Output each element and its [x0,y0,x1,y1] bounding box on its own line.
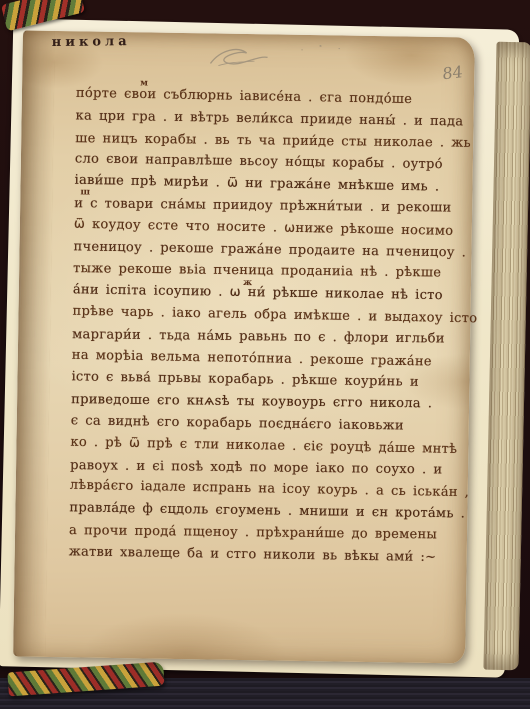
manuscript-line: а прочи прода́ пщеноу . прѣхрани́ше до в… [69,520,471,547]
margin-inscription: никола [52,34,131,50]
pencil-scribble [204,41,290,72]
text-block: по́рте євои съблюрнь іависе́на . єга пон… [69,83,478,569]
manuscript-line: ше ницъ корабы . вь ть ча прии́де сты ни… [75,128,477,155]
pencil-marks: · ˟ · [301,44,347,56]
folio-number: 84 [442,62,463,83]
manuscript-photo: никола · ˟ · 84 м ш ж по́рте євои съблюр… [0,0,530,709]
manuscript-page: никола · ˟ · 84 м ш ж по́рте євои съблюр… [13,30,475,663]
